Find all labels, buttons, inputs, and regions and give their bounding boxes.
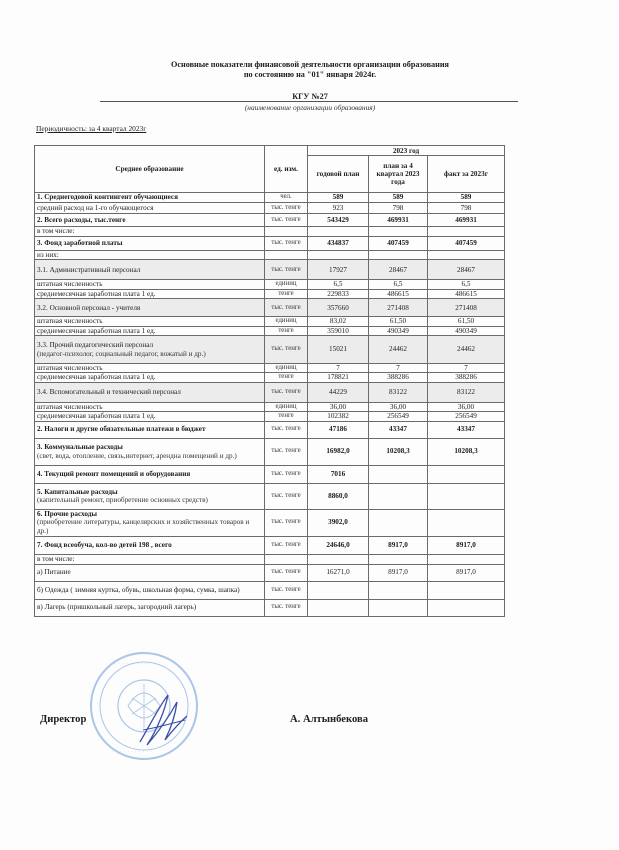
financial-table: Среднее образование ед. изм. 2023 год го… [34, 145, 505, 617]
row-q4-plan: 10208,3 [369, 438, 428, 465]
table-row: среднемесячная заработная плата 1 ед.тен… [35, 412, 505, 421]
row-unit: чел. [265, 193, 308, 203]
row-label-text: 2. Налоги и другие обязательные платежи … [37, 425, 206, 433]
row-annual-plan: 178821 [308, 373, 369, 382]
row-fact [428, 554, 505, 564]
table-row: 4. Текущий ремонт помещений и оборудован… [35, 465, 505, 483]
row-label-text: 4. Текущий ремонт помещений и оборудован… [37, 470, 190, 478]
table-row: б) Одежда ( зимняя куртка, обувь, школьн… [35, 581, 505, 599]
row-annual-plan: 543429 [308, 214, 369, 227]
row-q4-plan [369, 554, 428, 564]
row-label: среднемесячная заработная плата 1 ед. [35, 412, 265, 421]
row-fact: 8917,0 [428, 564, 505, 581]
row-fact [428, 599, 505, 616]
organization-underline [100, 101, 518, 102]
table-row: 3.3. Прочий педагогический персонал(педа… [35, 336, 505, 364]
table-row: 5. Капитальные расходы(капительный ремон… [35, 483, 505, 509]
row-q4-plan: 407459 [369, 237, 428, 251]
row-q4-plan [369, 251, 428, 260]
row-q4-plan: 388286 [369, 373, 428, 382]
row-label-text: штатная численность [37, 317, 103, 325]
row-label-note: (приобретение литературы, канцелярских и… [37, 518, 262, 535]
row-fact: 8917,0 [428, 536, 505, 554]
row-q4-plan: 7 [369, 364, 428, 373]
row-fact [428, 251, 505, 260]
table-row: штатная численностьединиц36,0036,0036,00 [35, 402, 505, 411]
table-row: 3. Коммунальные расходы(свет, вода, отоп… [35, 438, 505, 465]
row-label: 3.4. Вспомогательный и технический персо… [35, 382, 265, 402]
row-unit: тыс. тенге [265, 237, 308, 251]
row-q4-plan: 8917,0 [369, 564, 428, 581]
row-label-text: 1. Среднегодовой контингент обучающиеся [37, 193, 178, 201]
row-unit: тыс. тенге [265, 438, 308, 465]
table-row: 7. Фонд всеобуча, кол-во детей 198 , все… [35, 536, 505, 554]
row-unit: тыс. тенге [265, 421, 308, 438]
table-body: 1. Среднегодовой контингент обучающиесяч… [35, 193, 505, 617]
row-label-text: среднемесячная заработная плата 1 ед. [37, 327, 156, 335]
row-unit: тыс. тенге [265, 203, 308, 214]
row-q4-plan: 36,00 [369, 402, 428, 411]
table-row: в том числе: [35, 227, 505, 237]
row-label-text: среднемесячная заработная плата 1 ед. [37, 373, 156, 381]
row-label-text: штатная численность [37, 403, 103, 411]
row-q4-plan [369, 465, 428, 483]
row-label-text: штатная численность [37, 280, 103, 288]
row-q4-plan: 43347 [369, 421, 428, 438]
row-unit: тыс. тенге [265, 483, 308, 509]
row-annual-plan: 44229 [308, 382, 369, 402]
row-label: в том числе: [35, 554, 265, 564]
row-label-text: из них: [37, 251, 59, 259]
row-annual-plan: 359010 [308, 326, 369, 335]
header-year: 2023 год [308, 146, 505, 156]
row-annual-plan: 47186 [308, 421, 369, 438]
row-annual-plan: 16271,0 [308, 564, 369, 581]
table-row: 1. Среднегодовой контингент обучающиесяч… [35, 193, 505, 203]
row-label-note: (свет, вода, отопление, связь,интернет, … [37, 452, 262, 460]
row-fact [428, 509, 505, 536]
row-annual-plan: 83,02 [308, 317, 369, 326]
row-fact: 61,50 [428, 317, 505, 326]
table-row: штатная численностьединиц777 [35, 364, 505, 373]
table-row: в) Лагерь (пришкольный лагерь, загородни… [35, 599, 505, 616]
row-label: 3. Фонд заработной платы [35, 237, 265, 251]
row-annual-plan [308, 554, 369, 564]
row-label: а) Питание [35, 564, 265, 581]
row-annual-plan: 3902,0 [308, 509, 369, 536]
row-fact: 28467 [428, 260, 505, 280]
row-label-text: б) Одежда ( зимняя куртка, обувь, школьн… [37, 586, 240, 594]
row-unit: тыс. тенге [265, 465, 308, 483]
document-title: Основные показатели финансовой деятельно… [100, 60, 520, 70]
table-row: 3. Фонд заработной платытыс. тенге434837… [35, 237, 505, 251]
row-label-text: среднемесячная заработная плата 1 ед. [37, 290, 156, 298]
row-fact: 43347 [428, 421, 505, 438]
row-fact: 10208,3 [428, 438, 505, 465]
svg-text:· · · · · · · · · · ·: · · · · · · · · · · · [110, 661, 150, 668]
row-fact: 6,5 [428, 280, 505, 289]
row-fact [428, 581, 505, 599]
row-label: штатная численность [35, 364, 265, 373]
row-q4-plan [369, 227, 428, 237]
row-label: 3.3. Прочий педагогический персонал(педа… [35, 336, 265, 364]
row-unit: тенге [265, 326, 308, 335]
row-annual-plan: 229833 [308, 289, 369, 298]
row-q4-plan [369, 483, 428, 509]
row-label: штатная численность [35, 402, 265, 411]
table-row: средний расход на 1-го обучающегосятыс. … [35, 203, 505, 214]
row-annual-plan [308, 227, 369, 237]
row-label-text: 6. Прочие расходы [37, 510, 97, 518]
row-unit: тыс. тенге [265, 260, 308, 280]
document-page: Основные показатели финансовой деятельно… [0, 0, 619, 850]
reporting-period: Периодичность: за 4 квартал 2023г [36, 124, 146, 133]
row-q4-plan [369, 581, 428, 599]
table-row: штатная численностьединиц6,56,56,5 [35, 280, 505, 289]
row-label-text: среднемесячная заработная плата 1 ед. [37, 412, 156, 420]
row-fact: 7 [428, 364, 505, 373]
row-q4-plan: 83122 [369, 382, 428, 402]
row-unit: единиц [265, 364, 308, 373]
row-unit: тыс. тенге [265, 382, 308, 402]
row-q4-plan [369, 599, 428, 616]
row-unit: единиц [265, 402, 308, 411]
table-row: 3.4. Вспомогательный и технический персо… [35, 382, 505, 402]
row-unit: тенге [265, 412, 308, 421]
row-label-text: 3.2. Основной персонал - учителя [37, 304, 140, 312]
row-fact: 271408 [428, 299, 505, 317]
row-unit: тенге [265, 373, 308, 382]
header-section: Среднее образование [35, 146, 265, 193]
row-fact: 490349 [428, 326, 505, 335]
row-annual-plan: 8860,0 [308, 483, 369, 509]
row-unit: тенге [265, 289, 308, 298]
row-unit [265, 227, 308, 237]
row-q4-plan: 798 [369, 203, 428, 214]
row-fact: 798 [428, 203, 505, 214]
row-annual-plan: 15021 [308, 336, 369, 364]
table-row: а) Питаниетыс. тенге16271,08917,08917,0 [35, 564, 505, 581]
organization-caption: (наименование организации образования) [100, 103, 520, 112]
row-annual-plan: 24646,0 [308, 536, 369, 554]
row-label-text: 3.3. Прочий педагогический персонал [37, 341, 153, 349]
row-q4-plan: 589 [369, 193, 428, 203]
table-row: среднемесячная заработная плата 1 ед.тен… [35, 289, 505, 298]
row-annual-plan: 434837 [308, 237, 369, 251]
row-fact: 83122 [428, 382, 505, 402]
row-unit: тыс. тенге [265, 336, 308, 364]
table-row: из них: [35, 251, 505, 260]
row-q4-plan: 256549 [369, 412, 428, 421]
row-q4-plan: 271408 [369, 299, 428, 317]
row-unit: тыс. тенге [265, 214, 308, 227]
row-q4-plan: 469931 [369, 214, 428, 227]
signatory-position: Директор [40, 714, 86, 725]
row-fact: 469931 [428, 214, 505, 227]
row-label: 3. Коммунальные расходы(свет, вода, отоп… [35, 438, 265, 465]
row-label-text: в) Лагерь (пришкольный лагерь, загородни… [37, 603, 196, 611]
row-label: 2. Всего расходы, тыс.тенге [35, 214, 265, 227]
row-annual-plan [308, 599, 369, 616]
row-label: 3.1. Административный персонал [35, 260, 265, 280]
row-annual-plan: 923 [308, 203, 369, 214]
row-label-note: (педагог-психолог, социальный педагог, в… [37, 350, 262, 358]
row-label: 2. Налоги и другие обязательные платежи … [35, 421, 265, 438]
row-label-text: 2. Всего расходы, тыс.тенге [37, 216, 126, 224]
row-label-text: штатная численность [37, 364, 103, 372]
row-label: 1. Среднегодовой контингент обучающиеся [35, 193, 265, 203]
row-label-text: а) Питание [37, 568, 71, 576]
row-annual-plan: 36,00 [308, 402, 369, 411]
row-label-text: 5. Капитальные расходы [37, 488, 118, 496]
row-label: среднемесячная заработная плата 1 ед. [35, 326, 265, 335]
row-label: 7. Фонд всеобуча, кол-во детей 198 , все… [35, 536, 265, 554]
row-fact: 36,00 [428, 402, 505, 411]
table-row: в том числе: [35, 554, 505, 564]
table-row: 2. Всего расходы, тыс.тенгетыс. тенге543… [35, 214, 505, 227]
row-label: штатная численность [35, 317, 265, 326]
table-row: 6. Прочие расходы(приобретение литератур… [35, 509, 505, 536]
row-q4-plan: 6,5 [369, 280, 428, 289]
header-unit: ед. изм. [265, 146, 308, 193]
row-annual-plan: 7016 [308, 465, 369, 483]
row-label: в) Лагерь (пришкольный лагерь, загородни… [35, 599, 265, 616]
row-label-text: средний расход на 1-го обучающегося [37, 204, 153, 212]
row-annual-plan: 7 [308, 364, 369, 373]
row-annual-plan: 16982,0 [308, 438, 369, 465]
table-row: среднемесячная заработная плата 1 ед.тен… [35, 373, 505, 382]
row-label-text: 3.1. Административный персонал [37, 266, 140, 274]
row-unit: единиц [265, 317, 308, 326]
row-label: средний расход на 1-го обучающегося [35, 203, 265, 214]
row-annual-plan: 102382 [308, 412, 369, 421]
row-label-text: в том числе: [37, 227, 74, 235]
row-q4-plan: 61,50 [369, 317, 428, 326]
row-annual-plan: 589 [308, 193, 369, 203]
row-q4-plan: 486615 [369, 289, 428, 298]
row-label: б) Одежда ( зимняя куртка, обувь, школьн… [35, 581, 265, 599]
svg-text:· · · · · · · · · · ·: · · · · · · · · · · · [112, 749, 152, 756]
row-label: среднемесячная заработная плата 1 ед. [35, 373, 265, 382]
header-annual-plan: годовой план [308, 156, 369, 193]
signature-icon [135, 690, 190, 750]
row-unit: тыс. тенге [265, 599, 308, 616]
table-row: 2. Налоги и другие обязательные платежи … [35, 421, 505, 438]
row-fact [428, 465, 505, 483]
row-label-text: 3.4. Вспомогательный и технический персо… [37, 388, 181, 396]
row-label: 6. Прочие расходы(приобретение литератур… [35, 509, 265, 536]
row-label: 5. Капитальные расходы(капительный ремон… [35, 483, 265, 509]
row-label: штатная численность [35, 280, 265, 289]
row-annual-plan: 357660 [308, 299, 369, 317]
row-unit: тыс. тенге [265, 509, 308, 536]
row-fact: 388286 [428, 373, 505, 382]
table-row: среднемесячная заработная плата 1 ед.тен… [35, 326, 505, 335]
row-annual-plan: 6,5 [308, 280, 369, 289]
row-unit: единиц [265, 280, 308, 289]
row-fact [428, 227, 505, 237]
row-label-note: (капительный ремонт, приобретение основн… [37, 496, 262, 504]
row-q4-plan: 490349 [369, 326, 428, 335]
row-label-text: 7. Фонд всеобуча, кол-во детей 198 , все… [37, 541, 172, 549]
row-fact: 589 [428, 193, 505, 203]
row-unit: тыс. тенге [265, 581, 308, 599]
row-label: в том числе: [35, 227, 265, 237]
row-fact: 256549 [428, 412, 505, 421]
row-label-text: в том числе: [37, 555, 74, 563]
row-q4-plan: 28467 [369, 260, 428, 280]
row-label-text: 3. Фонд заработной платы [37, 239, 123, 247]
header-fact: факт за 2023г [428, 156, 505, 193]
row-label: 4. Текущий ремонт помещений и оборудован… [35, 465, 265, 483]
row-annual-plan: 17927 [308, 260, 369, 280]
table-row: штатная численностьединиц83,0261,5061,50 [35, 317, 505, 326]
row-fact [428, 483, 505, 509]
table-row: 3.2. Основной персонал - учителятыс. тен… [35, 299, 505, 317]
row-label: 3.2. Основной персонал - учителя [35, 299, 265, 317]
row-unit: тыс. тенге [265, 564, 308, 581]
row-unit: тыс. тенге [265, 536, 308, 554]
signatory-name: А. Алтынбекова [290, 714, 368, 725]
table-row: 3.1. Административный персоналтыс. тенге… [35, 260, 505, 280]
row-label: среднемесячная заработная плата 1 ед. [35, 289, 265, 298]
row-unit [265, 554, 308, 564]
row-q4-plan: 8917,0 [369, 536, 428, 554]
row-label-text: 3. Коммунальные расходы [37, 443, 123, 451]
row-annual-plan [308, 581, 369, 599]
row-unit [265, 251, 308, 260]
document-date: по состоянию на "01" января 2024г. [100, 70, 520, 80]
row-fact: 486615 [428, 289, 505, 298]
organization-name: КГУ №27 [100, 92, 520, 101]
row-fact: 24462 [428, 336, 505, 364]
row-q4-plan: 24462 [369, 336, 428, 364]
row-fact: 407459 [428, 237, 505, 251]
row-annual-plan [308, 251, 369, 260]
header-q4-plan: план за 4 квартал 2023 года [369, 156, 428, 193]
row-unit: тыс. тенге [265, 299, 308, 317]
row-label: из них: [35, 251, 265, 260]
row-q4-plan [369, 509, 428, 536]
